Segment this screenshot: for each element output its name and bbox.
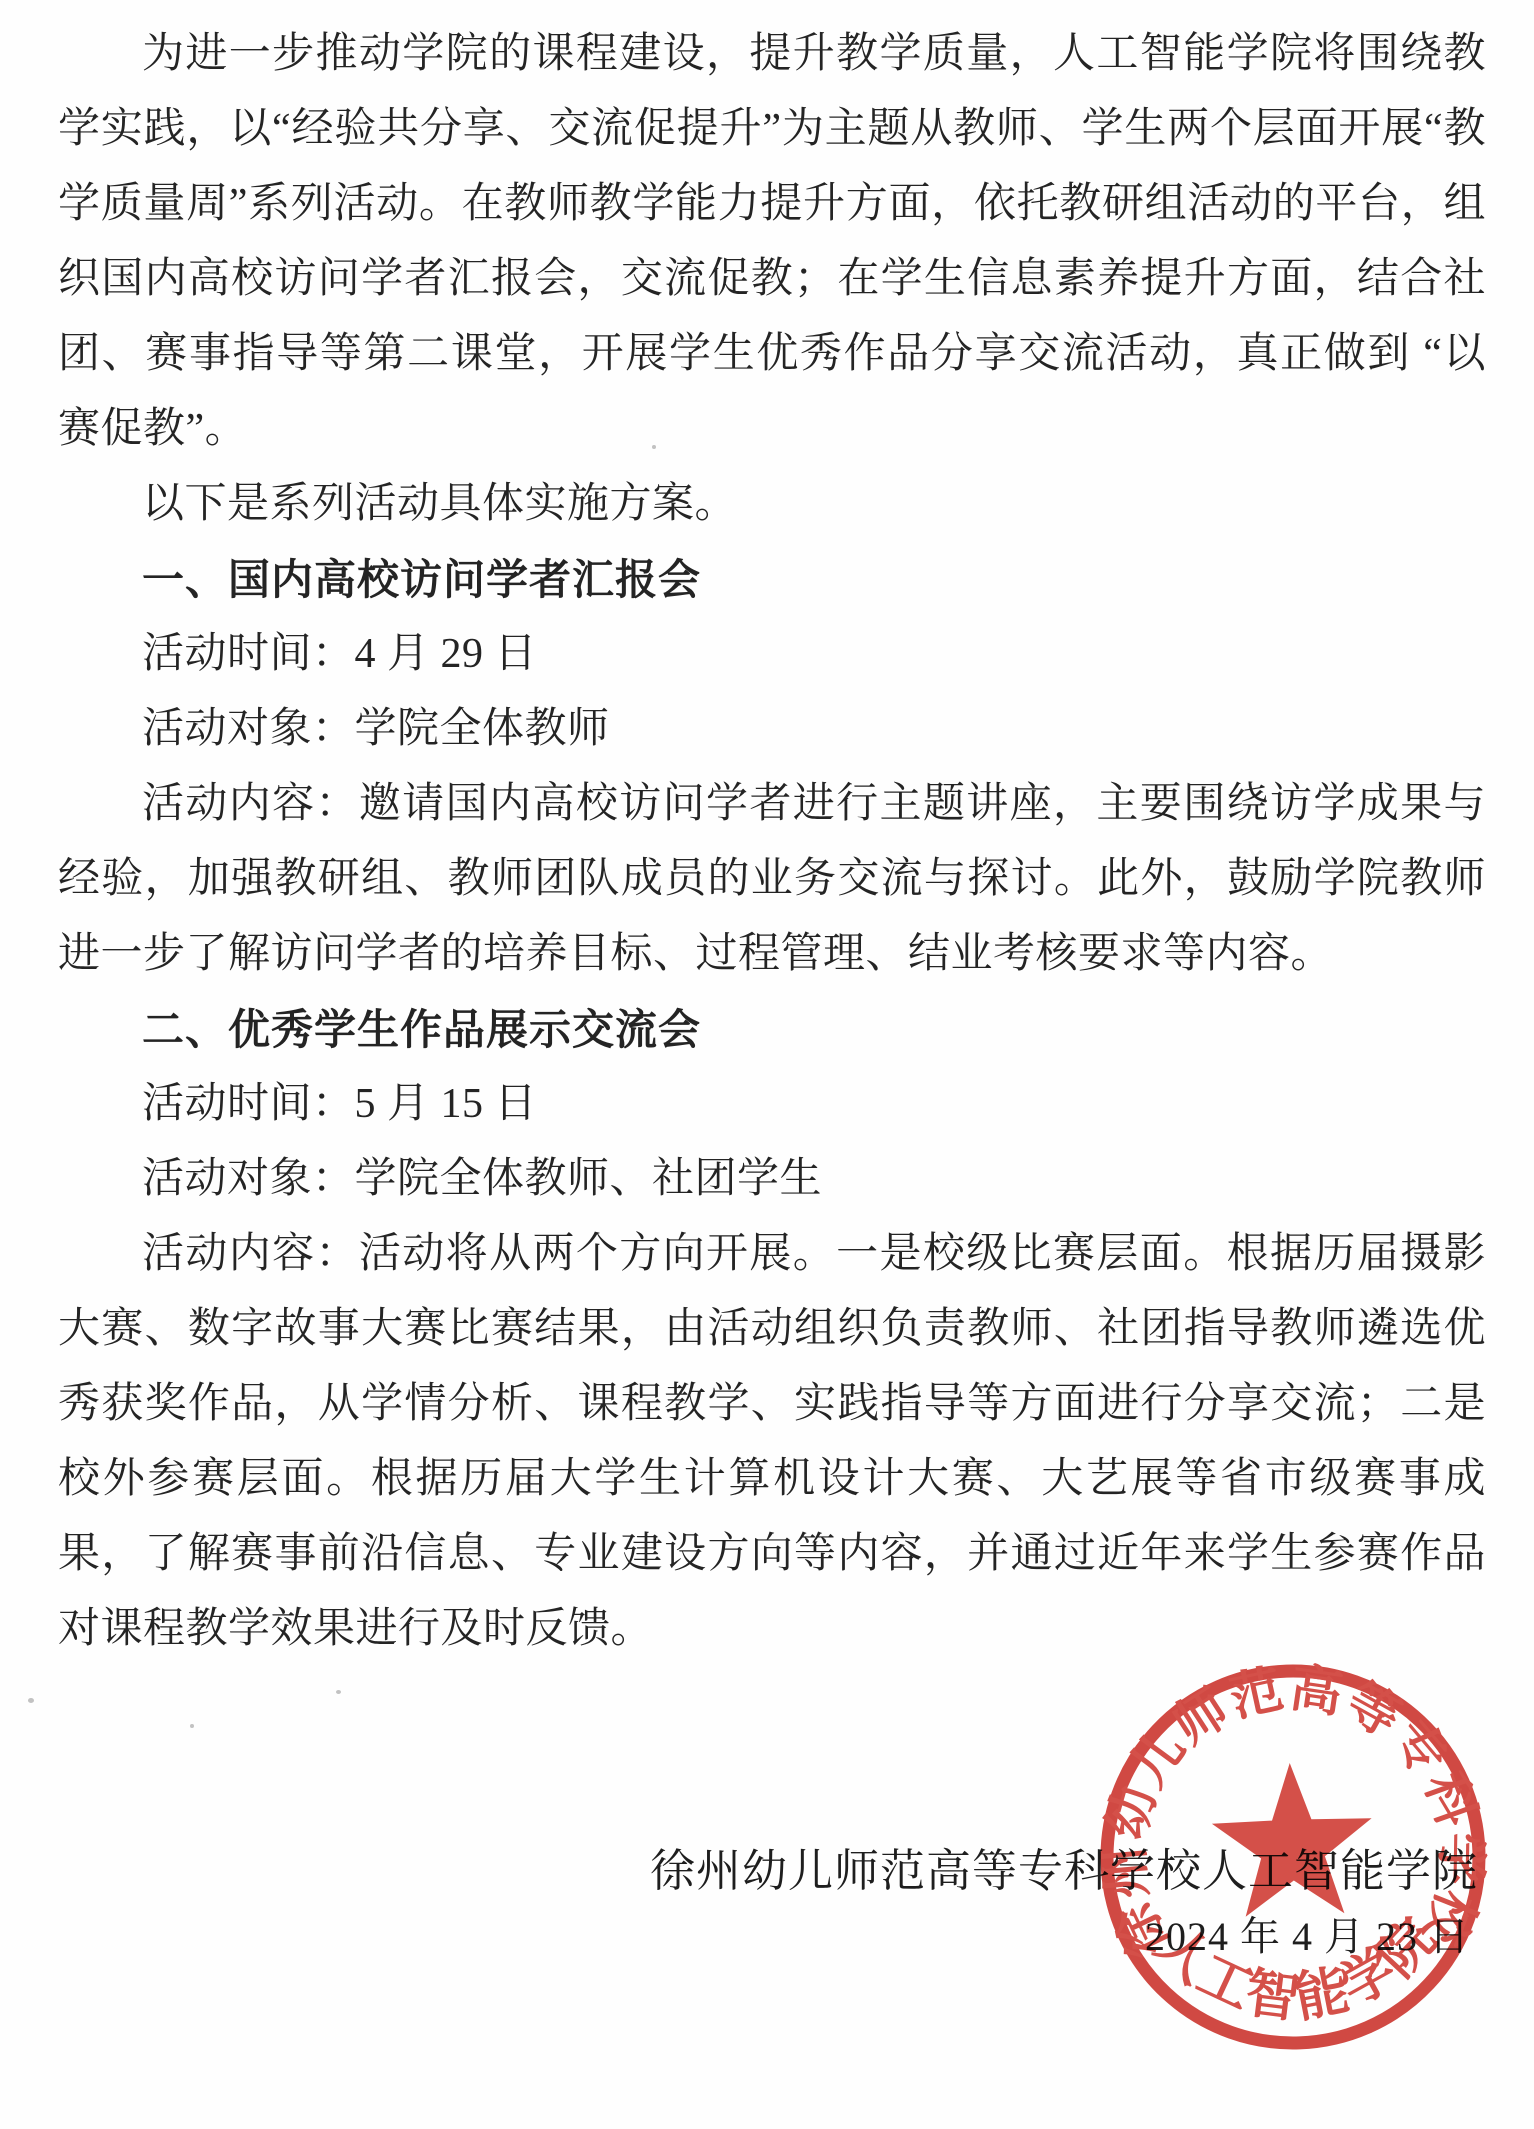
scan-speck (28, 1698, 34, 1703)
paragraph: 活动对象：学院全体教师 (58, 692, 1486, 767)
paragraph: 一、国内高校访问学者汇报会 (58, 542, 1486, 617)
paragraph: 活动时间：5 月 15 日 (58, 1067, 1486, 1142)
paragraph: 为进一步推动学院的课程建设，提升教学质量，人工智能学院将围绕教学实践，以“经验共… (58, 17, 1486, 467)
paragraph: 活动时间：4 月 29 日 (58, 617, 1486, 692)
stamp-star-icon (1210, 1760, 1375, 1917)
document-body: 为进一步推动学院的课程建设，提升教学质量，人工智能学院将围绕教学实践，以“经验共… (0, 0, 1534, 1667)
official-stamp-seal: 徐州幼儿师范高等专科学校 人工智能学院 (1076, 1640, 1510, 2074)
scan-speck (190, 1724, 194, 1728)
paragraph: 二、优秀学生作品展示交流会 (58, 992, 1486, 1067)
scan-speck (652, 445, 656, 449)
scan-speck (336, 1690, 341, 1694)
paragraph: 以下是系列活动具体实施方案。 (58, 467, 1486, 542)
paragraph: 活动内容：邀请国内高校访问学者进行主题讲座，主要围绕访学成果与经验，加强教研组、… (58, 767, 1486, 992)
scanned-document-page: 为进一步推动学院的课程建设，提升教学质量，人工智能学院将围绕教学实践，以“经验共… (0, 0, 1534, 2129)
paragraph: 活动对象：学院全体教师、社团学生 (58, 1142, 1486, 1217)
paragraph: 活动内容：活动将从两个方向开展。一是校级比赛层面。根据历届摄影大赛、数字故事大赛… (58, 1217, 1486, 1667)
